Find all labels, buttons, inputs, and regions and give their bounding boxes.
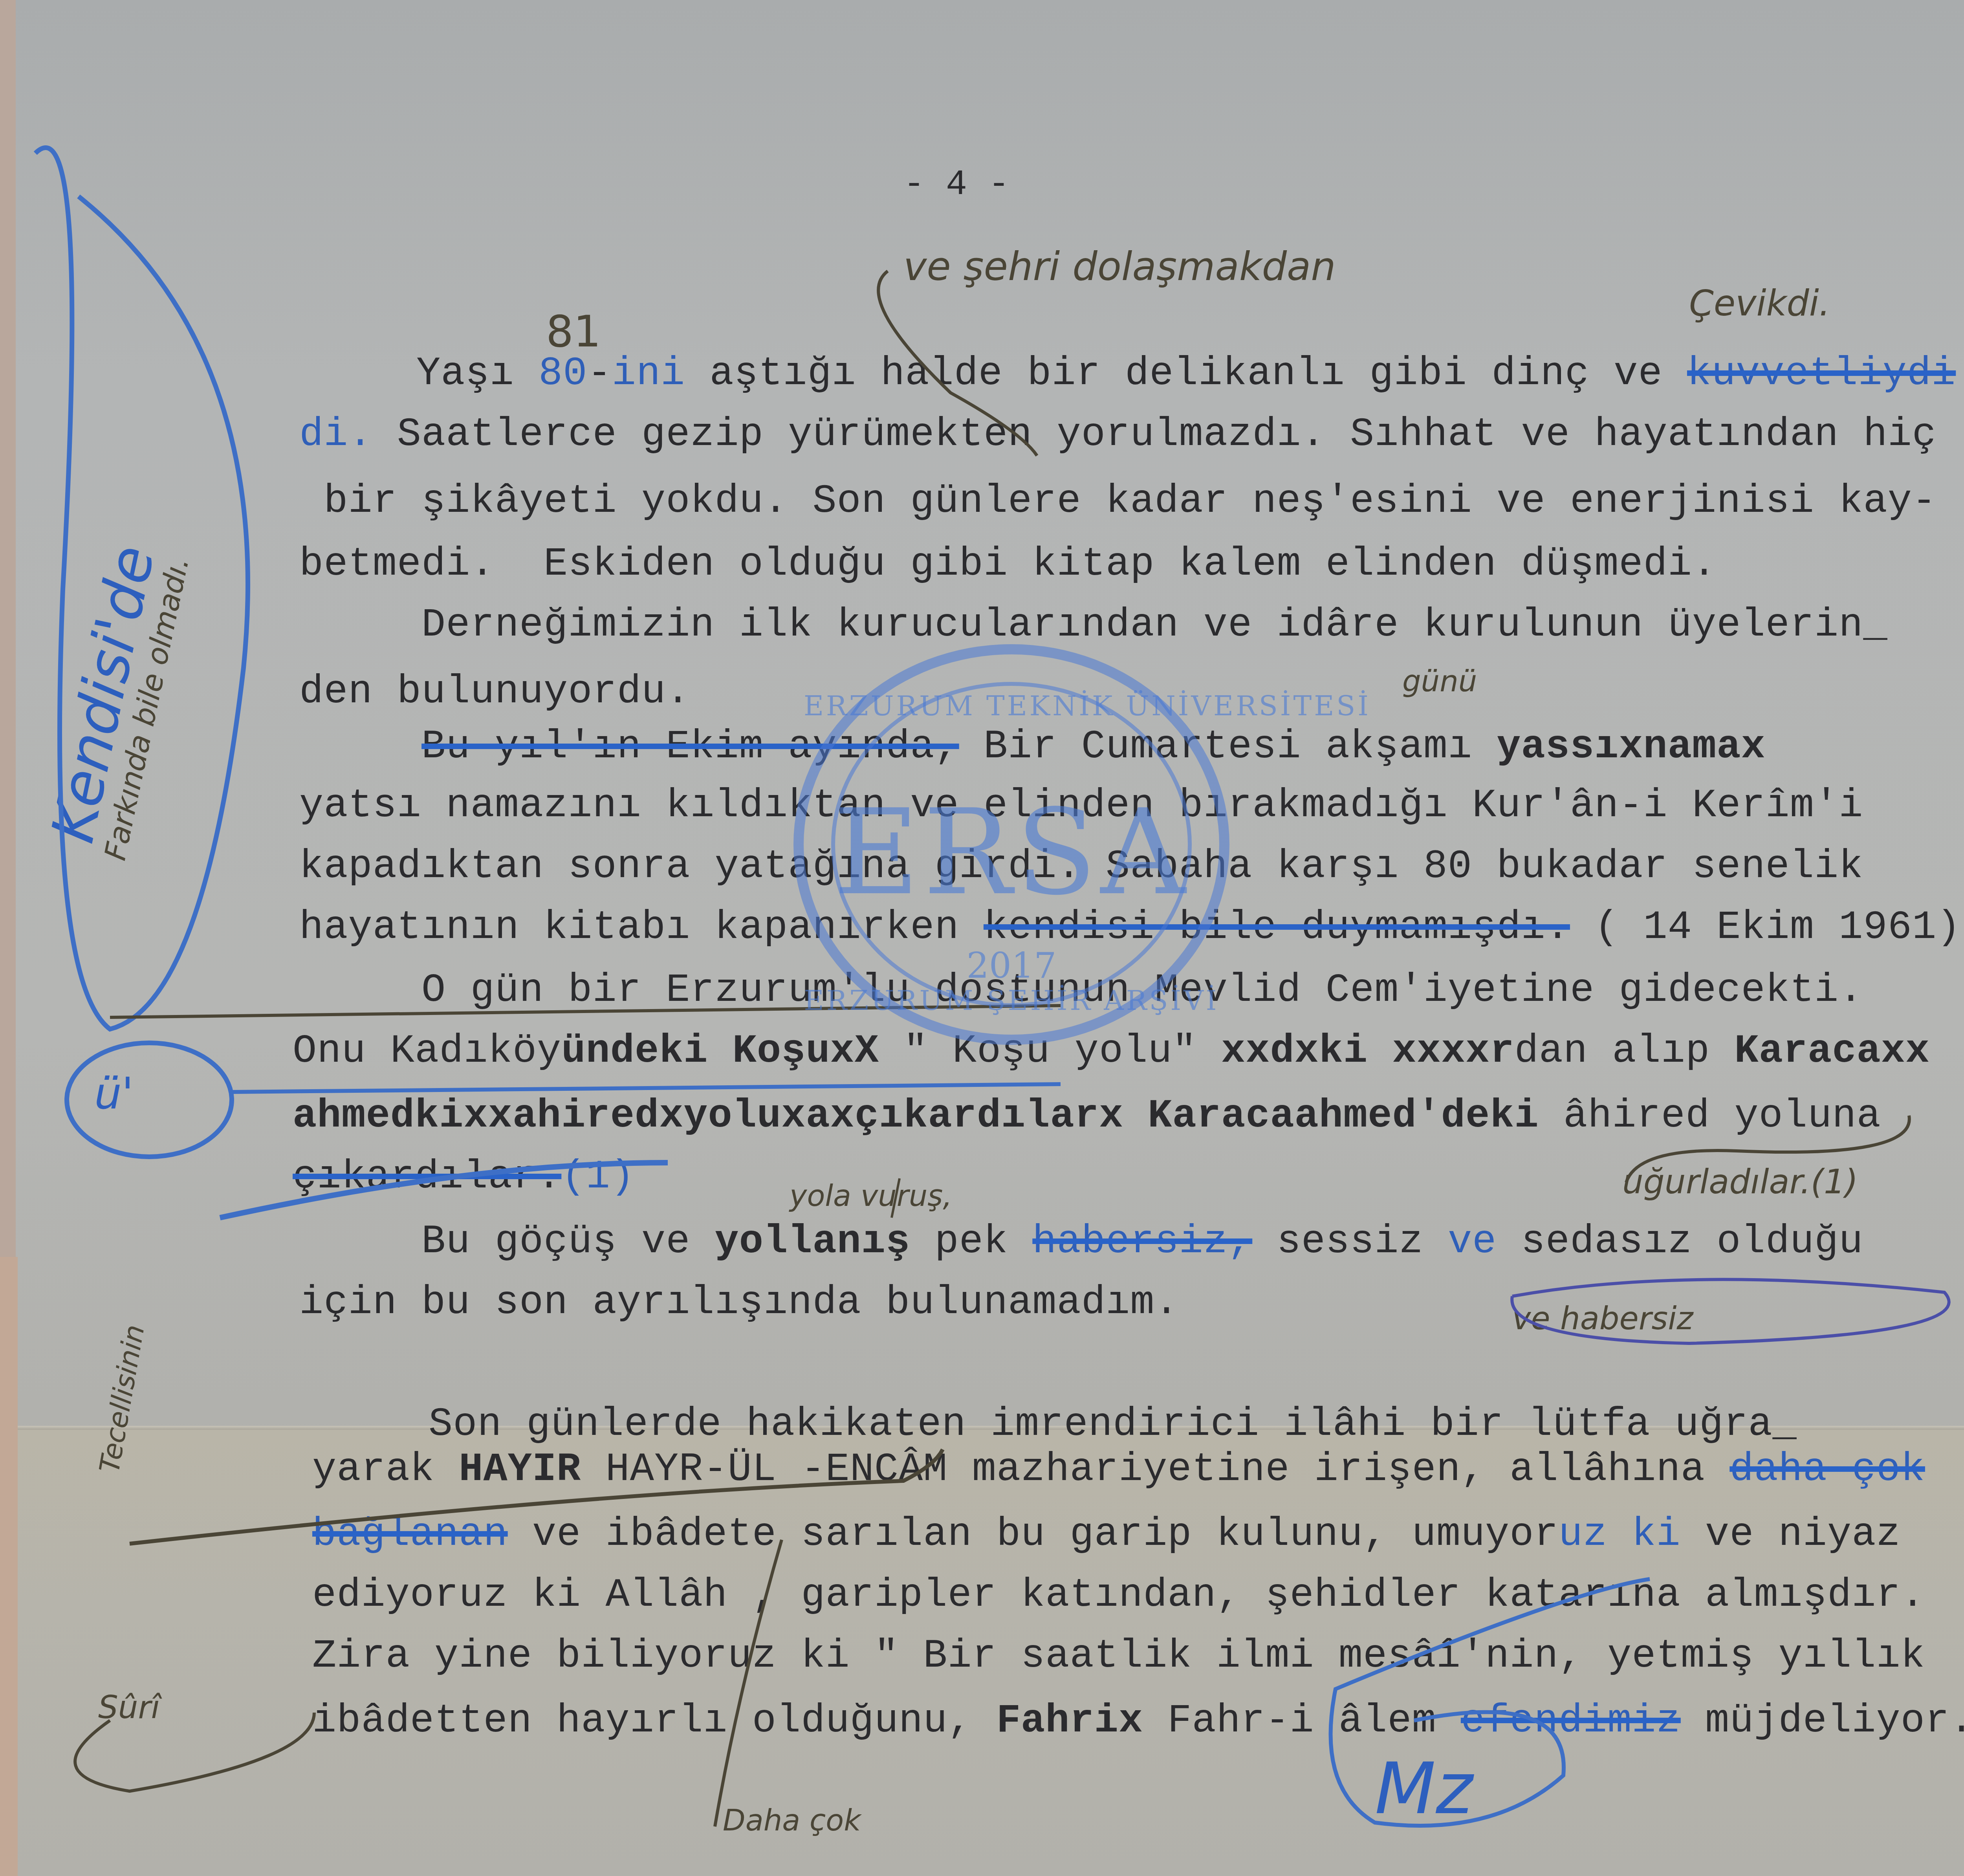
- text: sedasız olduğu: [1497, 1219, 1863, 1264]
- struck-phrase: daha çok: [1729, 1447, 1925, 1492]
- x-out-word: yassıxnamax: [1497, 724, 1765, 769]
- margin-note-circled: ü': [94, 1068, 134, 1119]
- struck-suffix: ini: [612, 351, 685, 396]
- typed-line-21: Zira yine biliyoruz ki " Bir saatlik ilm…: [312, 1636, 1925, 1676]
- typed-line-17: Son günlerde hakikaten imrendirici ilâhi…: [306, 1404, 1797, 1444]
- struck-word: ve: [1448, 1219, 1497, 1264]
- typed-line-22: ibâdetten hayırlı olduğunu, Fahrix Fahr-…: [312, 1701, 1964, 1741]
- struck-age: 80: [539, 351, 587, 396]
- x-out-phrase: ahmedkixxahiredxyoluxaxçıkardılarx: [293, 1093, 1123, 1139]
- typed-line-8: yatsı namazını kıldıktan ve elinden bıra…: [299, 786, 1863, 826]
- typed-line-2: di. Saatlerce gezip yürümekten yorulmazd…: [299, 414, 1937, 454]
- handwritten-insert-ugurladilar: uğurladılar.(1): [1622, 1163, 1858, 1202]
- typed-line-5: Derneğimizin ilk kurucularından ve idâre…: [299, 605, 1888, 645]
- typed-line-16: için bu son ayrılışında bulunamadım.: [299, 1282, 1179, 1323]
- struck-phrase: kendisi bile duymamışdı.: [984, 905, 1570, 950]
- text: HAYR-ÜL -ENCÂM mazhariyetine irişen, all…: [581, 1447, 1729, 1492]
- x-out-word: Karacaxx: [1734, 1028, 1930, 1074]
- handwritten-insert-cevikdi: Çevikdi.: [1689, 283, 1830, 324]
- typed-line-18: yarak HAYIR HAYR-ÜL -ENCÂM mazhariyetine…: [312, 1449, 1925, 1489]
- handwritten-insert-ve-habersiz: ve habersiz: [1512, 1300, 1693, 1337]
- struck-word: di.: [299, 412, 373, 457]
- typed-line-6: den bulunuyordu.: [299, 672, 690, 712]
- handwritten-insert-daha-cok: Daha çok: [723, 1803, 861, 1838]
- x-out-word: Fahrix: [997, 1698, 1143, 1744]
- struck-word: çıkardılar.: [293, 1154, 561, 1200]
- x-out-word: xxdxki xxxxr: [1221, 1028, 1515, 1074]
- text: yarak: [312, 1447, 459, 1492]
- text: Saatlerce gezip yürümekten yorulmazdı. S…: [373, 412, 1937, 457]
- text: Yaşı: [416, 351, 539, 396]
- text: pek: [910, 1219, 1032, 1264]
- struck-word: kuvvetliydi: [1687, 351, 1956, 396]
- text: sessiz: [1252, 1219, 1448, 1264]
- typed-line-14: çıkardılar.(1): [293, 1157, 635, 1197]
- text: " Koşu yolu": [879, 1028, 1221, 1074]
- signature: Mz: [1375, 1748, 1473, 1830]
- x-out-word: ündeki KoşuxX: [561, 1028, 879, 1074]
- text: -: [587, 351, 612, 396]
- text: ve niyaz: [1681, 1511, 1901, 1557]
- text: Fahr-i âlem: [1143, 1698, 1461, 1744]
- handwritten-insert-gunu: günü: [1402, 664, 1477, 698]
- typed-line-9: kapadıktan sonra yatağına girdi. Sabaha …: [299, 846, 1863, 887]
- text: aştığı halde bir delikanlı gibi dinç ve: [685, 351, 1687, 396]
- typed-line-4: betmedi. Eskiden olduğu gibi kitap kalem…: [299, 544, 1717, 584]
- struck-phrase: Bu yıl'ın Ekim ayında,: [421, 724, 959, 769]
- text: âhired yoluna: [1539, 1093, 1881, 1139]
- handwritten-insert-sehri: ve şehri dolaşmakdan: [903, 244, 1336, 289]
- background-edge-left: [0, 1257, 18, 1876]
- x-out-word: Karacaahmed'deki: [1123, 1093, 1539, 1139]
- margin-note-suri: Sûrî: [98, 1689, 160, 1726]
- text: dan alıp: [1515, 1028, 1735, 1074]
- struck-word: habersiz,: [1032, 1219, 1252, 1264]
- typed-line-1: Yaşı 80-ini aştığı halde bir delikanlı g…: [416, 354, 1956, 394]
- handwritten-insert-yola-vurus: yola vuruş,: [790, 1178, 952, 1213]
- typed-line-20: ediyoruz ki Allâh , garipler katından, ş…: [312, 1575, 1925, 1615]
- text: [299, 724, 421, 769]
- typed-line-3: bir şikâyeti yokdu. Son günlere kadar ne…: [299, 481, 1937, 521]
- text: hayatının kitabı kapanırken: [299, 905, 984, 950]
- struck-word: efendimiz: [1461, 1698, 1681, 1744]
- typed-line-15: Bu göçüş ve yollanış pek habersiz, sessi…: [299, 1222, 1863, 1262]
- typed-line-11: O gün bir Erzurum'lu dostunun Mevlid Cem…: [299, 970, 1863, 1010]
- text: ve ibâdete sarılan bu garip kulunu, umuy…: [508, 1511, 1559, 1557]
- typed-line-19: bağlanan ve ibâdete sarılan bu garip kul…: [312, 1514, 1901, 1554]
- footnote-mark: (1): [561, 1154, 635, 1200]
- struck-word: bağlanan: [312, 1511, 508, 1557]
- text: ibâdetten hayırlı olduğunu,: [312, 1698, 997, 1744]
- text: Bu göçüş ve: [299, 1219, 715, 1264]
- typed-line-7: Bu yıl'ın Ekim ayında, Bir Cumartesi akş…: [299, 727, 1766, 767]
- text: Bir Cumartesi akşamı: [959, 724, 1497, 769]
- typed-line-13: ahmedkixxahiredxyoluxaxçıkardılarx Karac…: [293, 1096, 1881, 1136]
- struck-suffix: uz ki: [1559, 1511, 1681, 1557]
- date: ( 14 Ekim 1961): [1570, 905, 1961, 950]
- x-out-word: HAYIR: [459, 1447, 581, 1492]
- struck-word: yollanış: [715, 1219, 911, 1264]
- text: müjdeliyor.: [1681, 1698, 1964, 1744]
- page-number: - 4 -: [903, 165, 1009, 205]
- handwritten-age-81: 81: [546, 306, 601, 357]
- text: Onu Kadıköy: [293, 1028, 561, 1074]
- typed-line-10: hayatının kitabı kapanırken kendisi bile…: [299, 907, 1961, 947]
- typed-line-12: Onu Kadıköyündeki KoşuxX " Koşu yolu" xx…: [293, 1031, 1930, 1071]
